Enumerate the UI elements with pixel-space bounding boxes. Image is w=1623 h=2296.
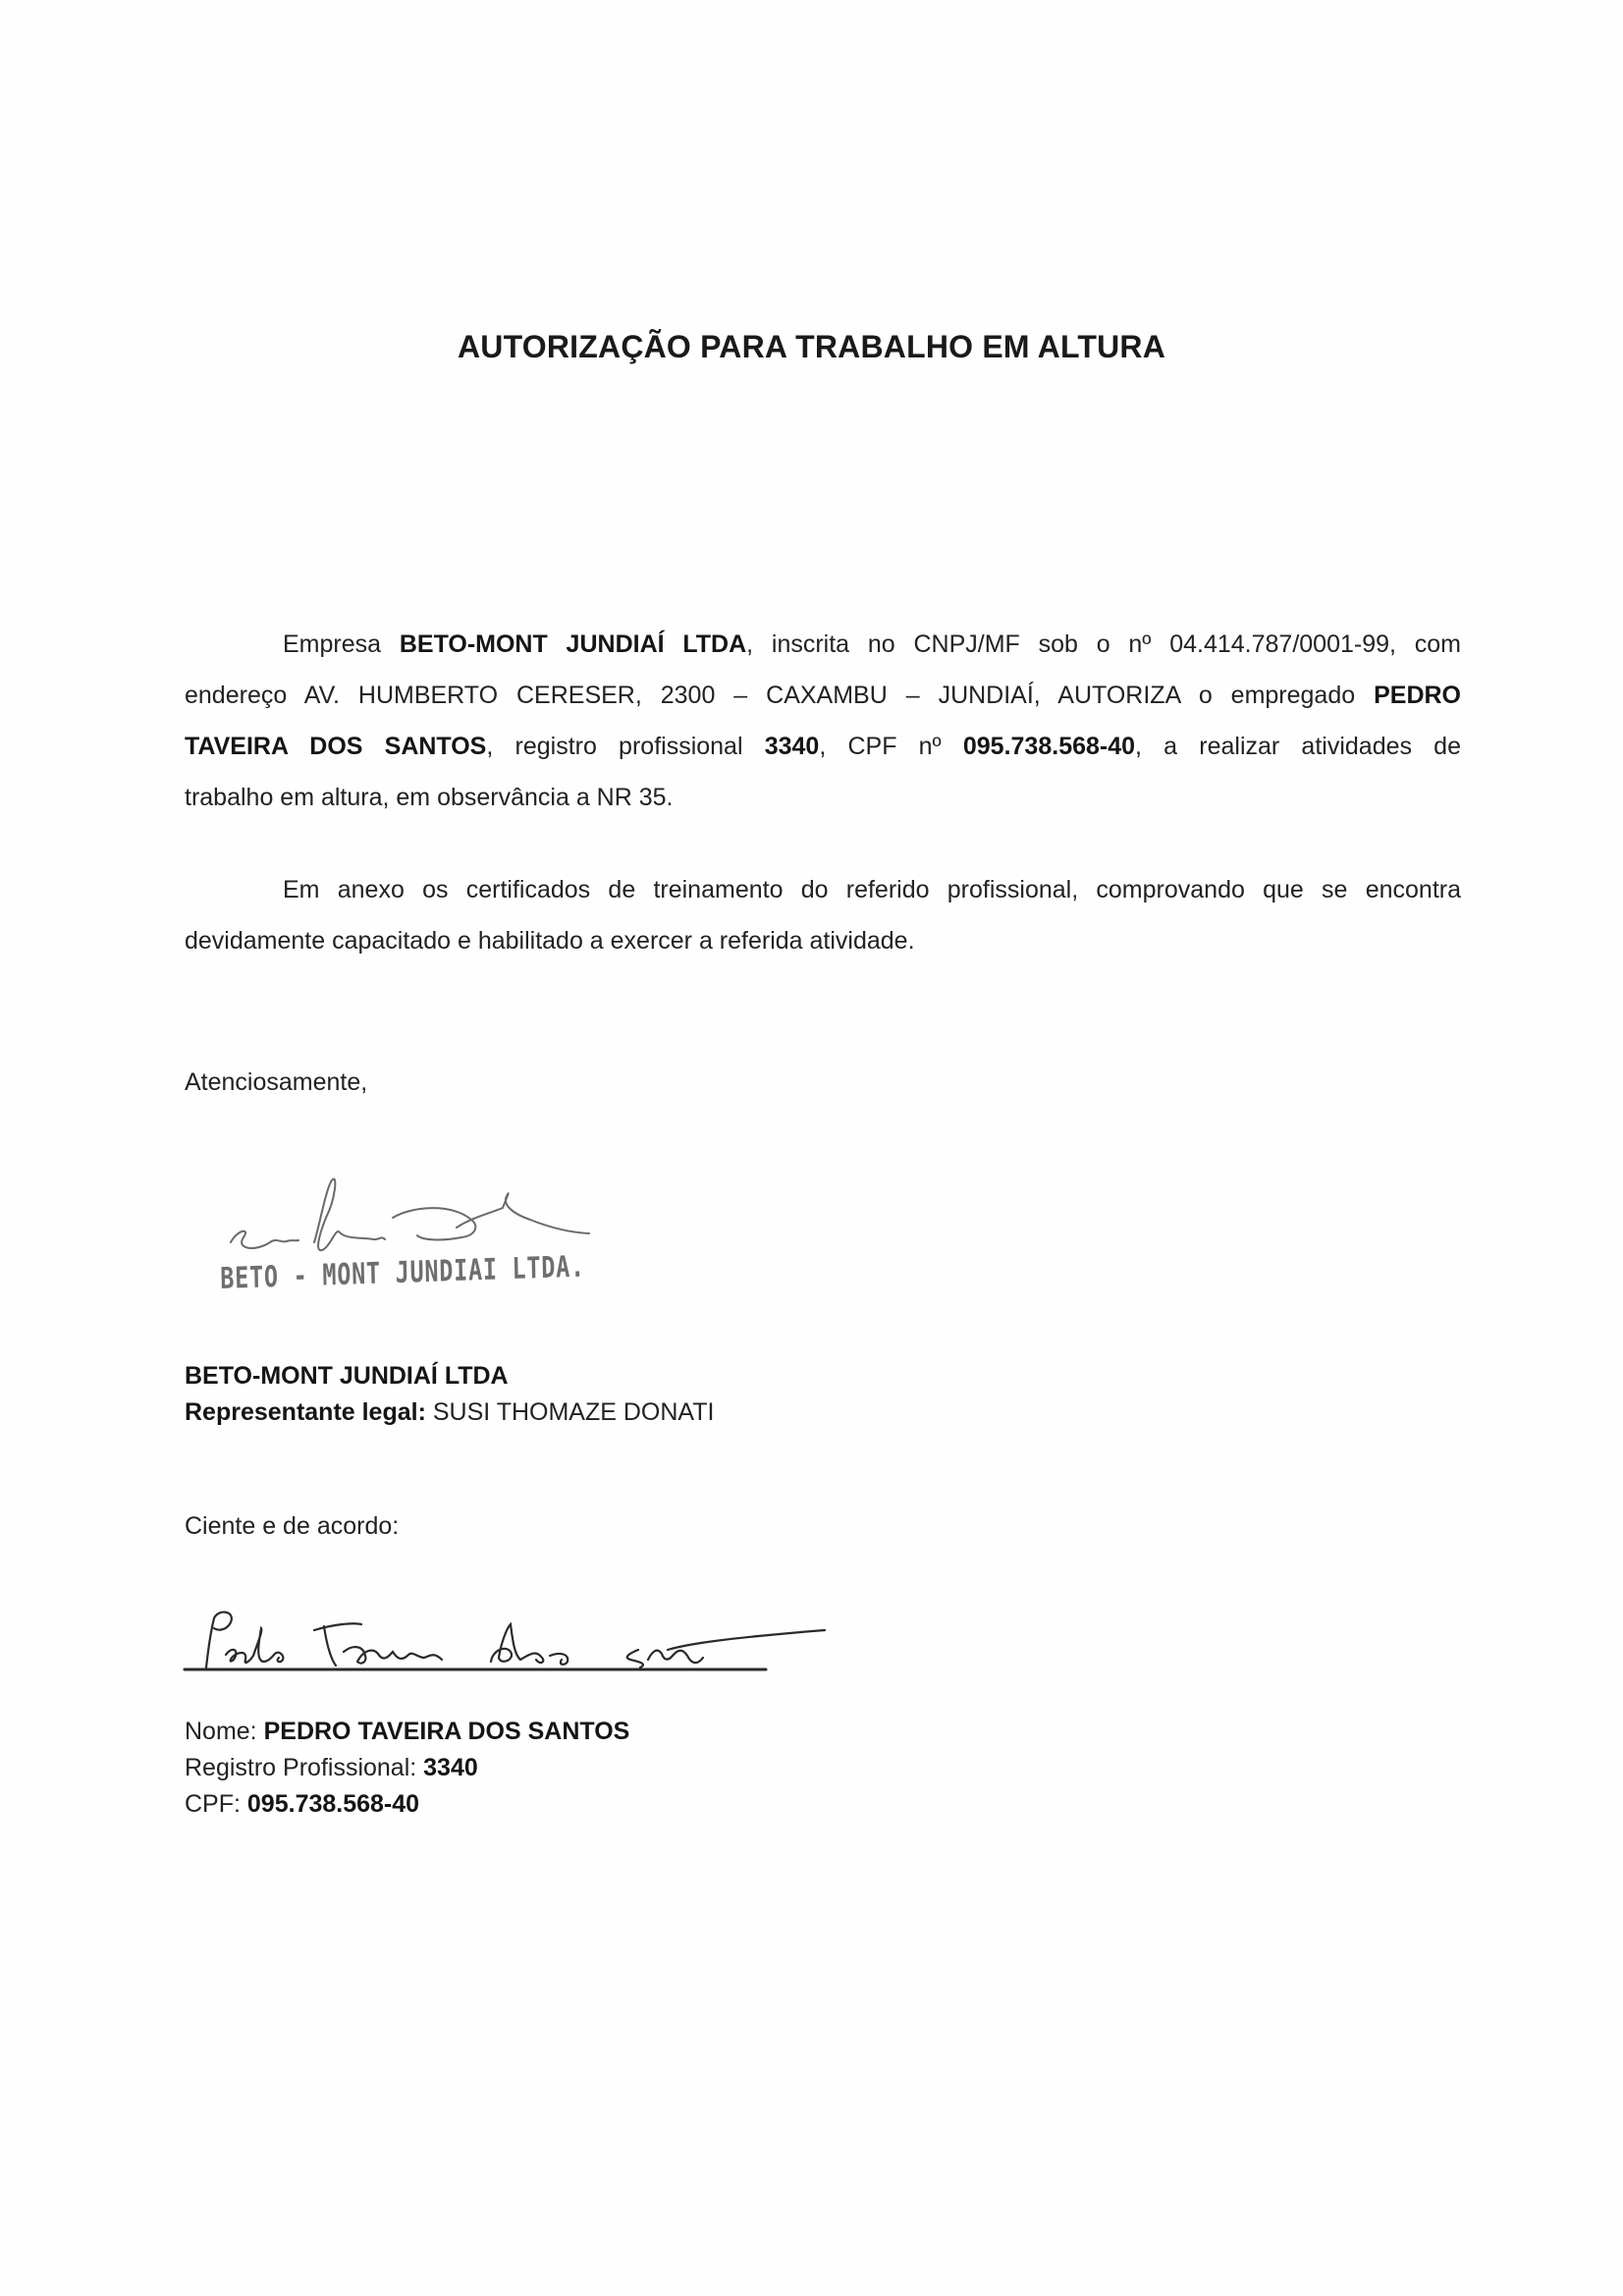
closing-text: Atenciosamente, [185, 1068, 367, 1097]
employee-cpf-line: CPF: 095.738.568-40 [185, 1786, 629, 1823]
employee-name-line: Nome: PEDRO TAVEIRA DOS SANTOS [185, 1714, 629, 1750]
employee-name: PEDRO TAVEIRA DOS SANTOS [264, 1718, 630, 1745]
employee-cpf: 095.738.568-40 [247, 1790, 419, 1818]
cpf-label: , CPF nº [819, 733, 963, 760]
paragraph-line: trabalho em altura, em observância a NR … [185, 772, 1461, 823]
registro-value: 3340 [765, 733, 820, 760]
address-text: endereço AV. HUMBERTO CERESER, 2300 – CA… [185, 682, 1374, 709]
employee-signature-icon [177, 1601, 884, 1679]
attachments-paragraph: Em anexo os certificados de treinamento … [185, 864, 1461, 966]
activity-text: , a realizar atividades de [1135, 733, 1461, 760]
document-page: AUTORIZAÇÃO PARA TRABALHO EM ALTURA Empr… [0, 0, 1623, 2296]
employee-registro-line: Registro Profissional: 3340 [185, 1750, 629, 1786]
employee-info-block: Nome: PEDRO TAVEIRA DOS SANTOS Registro … [185, 1714, 629, 1823]
representative-name: SUSI THOMAZE DONATI [426, 1398, 715, 1426]
employee-last-name: TAVEIRA DOS SANTOS [185, 733, 486, 760]
registro-label: Registro Profissional: [185, 1754, 423, 1781]
paragraph-line: endereço AV. HUMBERTO CERESER, 2300 – CA… [185, 670, 1461, 721]
legal-representative: Representante legal: SUSI THOMAZE DONATI [185, 1394, 714, 1431]
signatory-company-name: BETO-MONT JUNDIAÍ LTDA [185, 1358, 714, 1394]
registro-label: , registro profissional [486, 733, 764, 760]
company-signature-icon [216, 1159, 648, 1257]
company-name-bold: BETO-MONT JUNDIAÍ LTDA [185, 1362, 509, 1390]
document-title: AUTORIZAÇÃO PARA TRABALHO EM ALTURA [0, 329, 1623, 365]
authorization-paragraph: Empresa BETO-MONT JUNDIAÍ LTDA, inscrita… [185, 619, 1461, 823]
representative-label: Representante legal: [185, 1398, 426, 1426]
paragraph-line: TAVEIRA DOS SANTOS, registro profissiona… [185, 721, 1461, 772]
capability-text: devidamente capacitado e habilitado a ex… [185, 927, 915, 955]
employee-registro: 3340 [423, 1754, 478, 1781]
paragraph-line: devidamente capacitado e habilitado a ex… [185, 915, 1461, 966]
cpf-label: CPF: [185, 1790, 247, 1818]
nr35-text: trabalho em altura, em observância a NR … [185, 784, 673, 811]
attachments-text: Em anexo os certificados de treinamento … [283, 876, 1461, 903]
consent-label: Ciente e de acordo: [185, 1512, 399, 1541]
company-signature-block: BETO-MONT JUNDIAÍ LTDA Representante leg… [185, 1358, 714, 1431]
cnpj-text: , inscrita no CNPJ/MF sob o nº 04.414.78… [746, 630, 1461, 658]
paragraph-line: Em anexo os certificados de treinamento … [185, 864, 1461, 915]
employee-first-name: PEDRO [1374, 682, 1461, 709]
text-prefix: Empresa [283, 630, 400, 658]
company-name: BETO-MONT JUNDIAÍ LTDA [400, 630, 746, 658]
paragraph-line: Empresa BETO-MONT JUNDIAÍ LTDA, inscrita… [185, 619, 1461, 670]
cpf-value: 095.738.568-40 [963, 733, 1135, 760]
name-label: Nome: [185, 1718, 264, 1745]
